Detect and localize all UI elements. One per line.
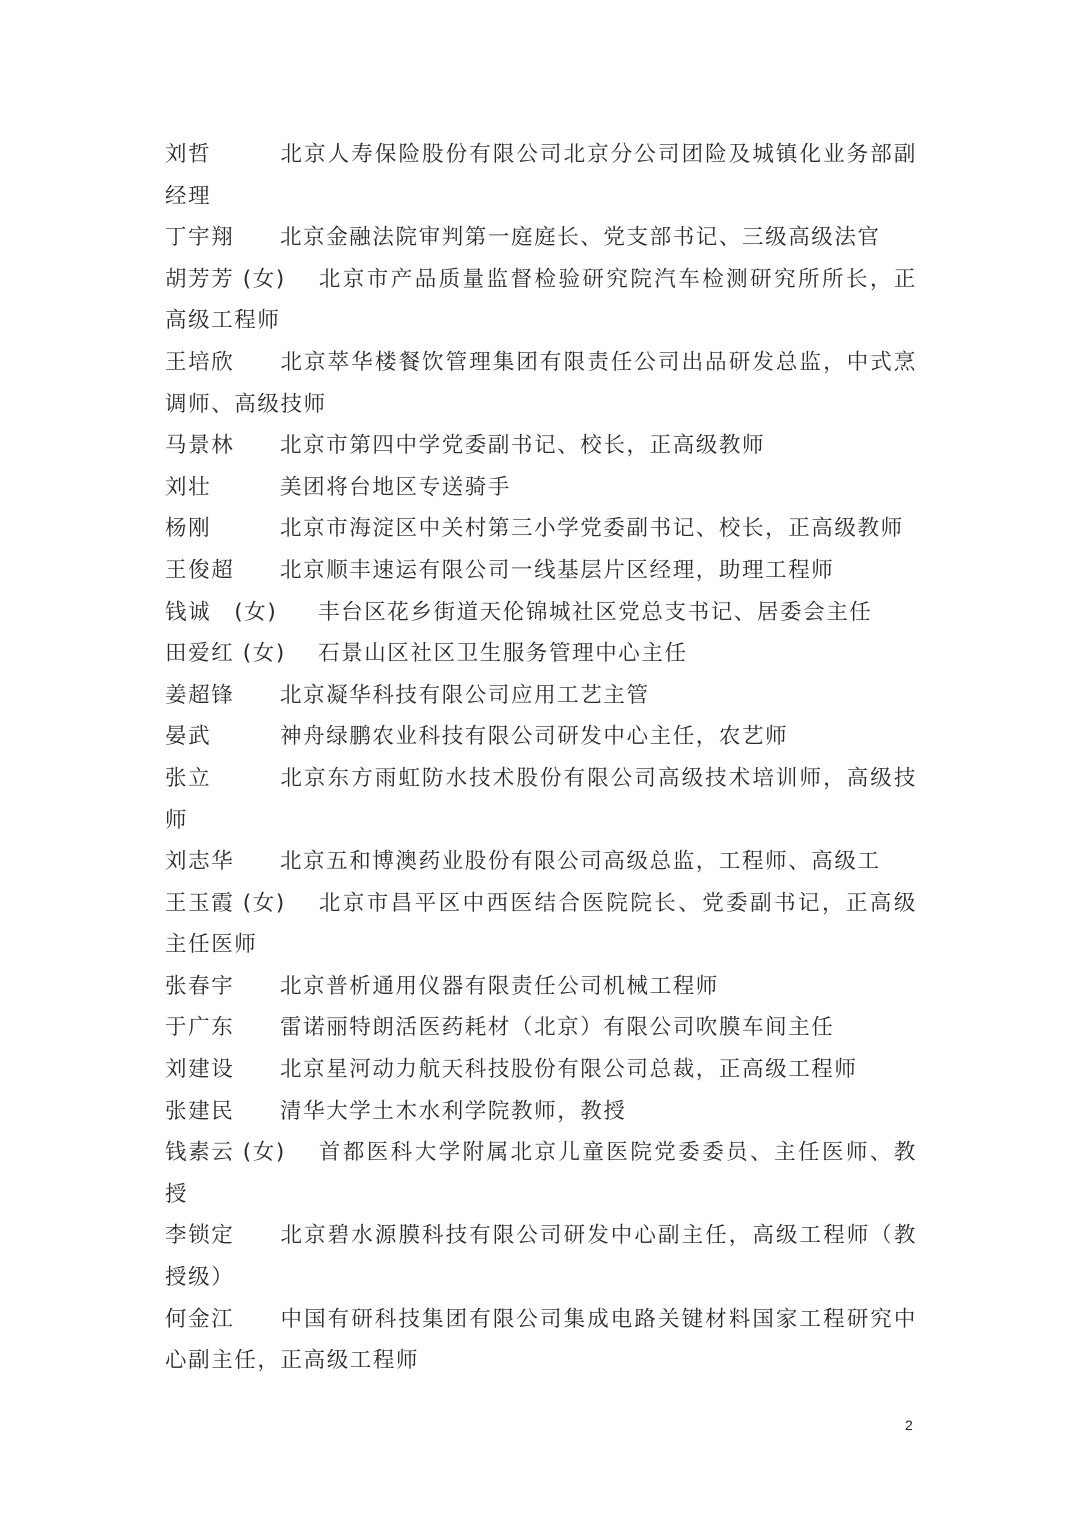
list-item: 李锁定北京碧水源膜科技有限公司研发中心副主任，高级工程师（教授级）	[165, 1215, 917, 1298]
person-name: 丁宇翔	[165, 217, 280, 259]
list-item: 张建民清华大学土木水利学院教师，教授	[165, 1091, 917, 1133]
list-item: 钱诚 (女)丰台区花乡街道天伦锦城社区党总支书记、居委会主任	[165, 592, 917, 634]
person-name: 王俊超	[165, 550, 280, 592]
person-description: 北京普析通用仪器有限责任公司机械工程师	[280, 974, 719, 999]
person-name: 王培欣	[165, 342, 280, 384]
person-description: 清华大学土木水利学院教师，教授	[280, 1099, 627, 1124]
list-item: 田爱红 (女)石景山区社区卫生服务管理中心主任	[165, 633, 917, 675]
person-name: 刘志华	[165, 841, 280, 883]
list-item: 张春宇北京普析通用仪器有限责任公司机械工程师	[165, 966, 917, 1008]
person-name: 刘哲	[165, 134, 280, 176]
document-page: 刘哲北京人寿保险股份有限公司北京分公司团险及城镇化业务部副经理 丁宇翔北京金融法…	[0, 0, 1080, 1527]
person-description: 神舟绿鹏农业科技有限公司研发中心主任，农艺师	[280, 724, 788, 749]
person-name: 刘建设	[165, 1049, 280, 1091]
list-item: 王俊超北京顺丰速运有限公司一线基层片区经理，助理工程师	[165, 550, 917, 592]
list-item: 姜超锋北京凝华科技有限公司应用工艺主管	[165, 675, 917, 717]
person-description: 北京顺丰速运有限公司一线基层片区经理，助理工程师	[280, 558, 834, 583]
list-item: 马景林北京市第四中学党委副书记、校长，正高级教师	[165, 425, 917, 467]
person-description: 北京星河动力航天科技股份有限公司总裁，正高级工程师	[280, 1057, 858, 1082]
list-item: 刘哲北京人寿保险股份有限公司北京分公司团险及城镇化业务部副经理	[165, 134, 917, 217]
person-name: 姜超锋	[165, 675, 280, 717]
person-name: 于广东	[165, 1007, 280, 1049]
person-description: 石景山区社区卫生服务管理中心主任	[318, 641, 688, 666]
person-name: 钱诚 (女)	[165, 592, 318, 634]
person-name: 刘壮	[165, 467, 280, 509]
list-item: 于广东雷诺丽特朗活医药耗材（北京）有限公司吹膜车间主任	[165, 1007, 917, 1049]
list-item: 王培欣北京萃华楼餐饮管理集团有限责任公司出品研发总监，中式烹调师、高级技师	[165, 342, 917, 425]
person-name: 马景林	[165, 425, 280, 467]
list-item: 何金江中国有研科技集团有限公司集成电路关键材料国家工程研究中心副主任，正高级工程…	[165, 1299, 917, 1382]
person-description: 北京五和博澳药业股份有限公司高级总监，工程师、高级工	[280, 849, 881, 874]
person-description: 美团将台地区专送骑手	[280, 475, 511, 500]
person-name: 田爱红 (女)	[165, 633, 318, 675]
list-item: 张立北京东方雨虹防水技术股份有限公司高级技术培训师，高级技师	[165, 758, 917, 841]
person-name: 李锁定	[165, 1215, 280, 1257]
list-item: 杨刚北京市海淀区中关村第三小学党委副书记、校长，正高级教师	[165, 508, 917, 550]
person-description: 雷诺丽特朗活医药耗材（北京）有限公司吹膜车间主任	[280, 1015, 834, 1040]
person-name: 张建民	[165, 1091, 280, 1133]
person-name: 王玉霞 (女)	[165, 883, 318, 925]
list-item: 王玉霞 (女)北京市昌平区中西医结合医院院长、党委副书记，正高级主任医师	[165, 883, 917, 966]
person-name: 胡芳芳 (女)	[165, 259, 318, 301]
person-name: 何金江	[165, 1299, 280, 1341]
page-number: 2	[905, 1417, 913, 1433]
list-item: 刘壮美团将台地区专送骑手	[165, 467, 917, 509]
person-description: 丰台区花乡街道天伦锦城社区党总支书记、居委会主任	[318, 600, 872, 625]
list-item: 丁宇翔北京金融法院审判第一庭庭长、党支部书记、三级高级法官	[165, 217, 917, 259]
list-item: 胡芳芳 (女)北京市产品质量监督检验研究院汽车检测研究所所长，正高级工程师	[165, 259, 917, 342]
honoree-list: 刘哲北京人寿保险股份有限公司北京分公司团险及城镇化业务部副经理 丁宇翔北京金融法…	[165, 134, 917, 1382]
person-name: 晏武	[165, 716, 280, 758]
list-item: 晏武神舟绿鹏农业科技有限公司研发中心主任，农艺师	[165, 716, 917, 758]
list-item: 刘志华北京五和博澳药业股份有限公司高级总监，工程师、高级工	[165, 841, 917, 883]
person-description: 北京凝华科技有限公司应用工艺主管	[280, 683, 650, 708]
person-description: 北京市第四中学党委副书记、校长，正高级教师	[280, 433, 765, 458]
person-name: 张立	[165, 758, 280, 800]
list-item: 刘建设北京星河动力航天科技股份有限公司总裁，正高级工程师	[165, 1049, 917, 1091]
person-name: 钱素云 (女)	[165, 1132, 318, 1174]
person-name: 张春宇	[165, 966, 280, 1008]
person-name: 杨刚	[165, 508, 280, 550]
person-description: 北京市海淀区中关村第三小学党委副书记、校长，正高级教师	[280, 516, 904, 541]
list-item: 钱素云 (女)首都医科大学附属北京儿童医院党委委员、主任医师、教授	[165, 1132, 917, 1215]
person-description: 北京金融法院审判第一庭庭长、党支部书记、三级高级法官	[280, 225, 881, 250]
